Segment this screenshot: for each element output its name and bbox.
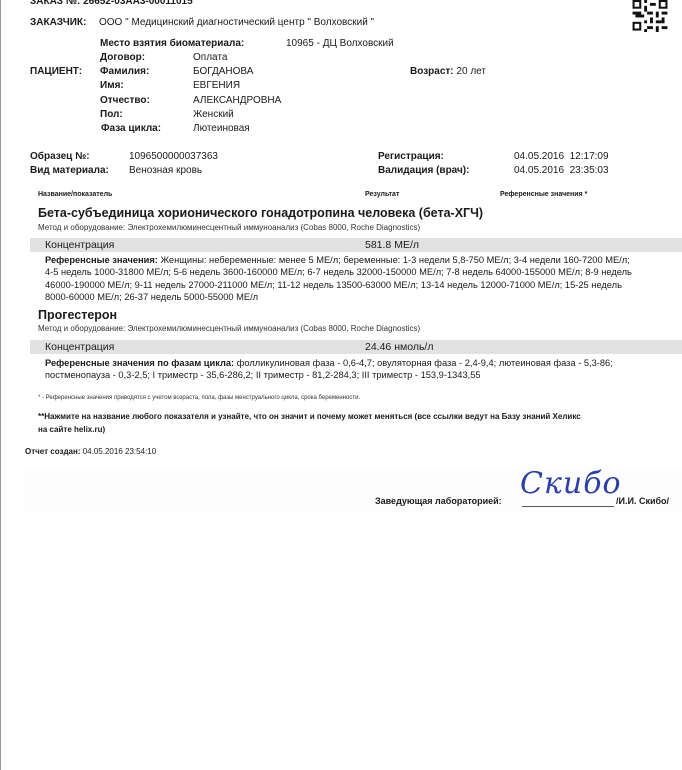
order-label: ЗАКАЗ №:	[30, 0, 80, 7]
parameter-label: Концентрация	[45, 239, 114, 251]
helix-note-link[interactable]: на сайте helix.ru)	[38, 425, 105, 434]
sample-number-value: 1096500000037363	[129, 151, 218, 162]
age-label: Возраст:	[410, 66, 454, 77]
signature-handwriting: Скибо	[520, 466, 622, 501]
parameter-label: Концентрация	[45, 341, 114, 353]
report-created-value: 04.05.2016 23:54:10	[83, 447, 156, 456]
name-value: ЕВГЕНИЯ	[193, 80, 240, 91]
result-value: 581.8 МЕ/л	[365, 239, 419, 251]
report-created-label: Отчет создан:	[25, 447, 81, 456]
test-title-link[interactable]: Прогестерон	[38, 308, 117, 322]
customer-value: ООО " Медицинский диагностический центр …	[99, 17, 374, 28]
qr-code-icon	[632, 0, 668, 32]
column-header-result: Результат	[365, 191, 399, 198]
test-method: Метод и оборудование: Электрохемилюминес…	[38, 223, 420, 232]
cycle-phase-value: Лютеиновая	[193, 123, 250, 134]
patronymic-label: Отчество:	[100, 95, 150, 106]
signature-line	[522, 506, 614, 507]
test-title-link[interactable]: Бета-субъединица хорионического гонадотр…	[38, 206, 483, 220]
reference-values: Референсные значения: Женщины: неберемен…	[45, 254, 635, 303]
age-field: Возраст: 20 лет	[410, 66, 486, 77]
sex-value: Женский	[193, 109, 234, 120]
registration-value: 04.05.2016 12:17:09	[514, 151, 609, 162]
reference-label: Референсные значения по фазам цикла:	[45, 358, 234, 368]
column-header-reference: Референсные значения *	[500, 191, 587, 198]
registration-label: Регистрация:	[378, 151, 444, 162]
result-value: 24.46 нмоль/л	[365, 341, 433, 353]
page-left-border	[0, 0, 1, 770]
footnote: * - Референсные значения приводятся с уч…	[38, 395, 360, 401]
customer-label: ЗАКАЗЧИК:	[30, 17, 86, 28]
age-value: 20 лет	[456, 66, 486, 77]
reference-values: Референсные значения по фазам цикла: фол…	[45, 357, 635, 382]
signatory-name: /И.И. Скибо/	[616, 496, 669, 506]
material-label: Вид материала:	[30, 165, 109, 176]
surname-value: БОГДАНОВА	[193, 66, 253, 77]
name-label: Имя:	[100, 80, 124, 91]
validation-label: Валидация (врач):	[378, 165, 469, 176]
material-value: Венозная кровь	[129, 165, 202, 176]
test-method: Метод и оборудование: Электрохемилюминес…	[38, 324, 420, 333]
sample-number-label: Образец №:	[30, 151, 90, 162]
order-number: 26652-03АА3-00011015	[83, 0, 193, 7]
order-number-line: ЗАКАЗ №: 26652-03АА3-00011015	[30, 0, 193, 7]
patronymic-value: АЛЕКСАНДРОВНА	[193, 95, 281, 106]
validation-value: 04.05.2016 23:35:03	[514, 165, 609, 176]
cycle-phase-label: Фаза цикла:	[101, 123, 161, 134]
result-row	[30, 238, 682, 252]
contract-value: Оплата	[193, 52, 227, 63]
result-row	[30, 340, 682, 354]
helix-note: **Нажмите на название любого показателя …	[38, 412, 581, 421]
surname-label: Фамилия:	[100, 66, 149, 77]
signature-label: Заведующая лабораторией:	[375, 496, 502, 506]
reference-label: Референсные значения:	[45, 255, 158, 265]
sex-label: Пол:	[100, 109, 123, 120]
column-header-name: Название/показатель	[38, 191, 112, 198]
patient-section-label: ПАЦИЕНТ:	[30, 66, 82, 77]
contract-label: Договор:	[100, 52, 145, 63]
collection-site-label: Место взятия биоматериала:	[100, 38, 244, 49]
report-created: Отчет создан: 04.05.2016 23:54:10	[25, 447, 156, 456]
collection-site-value: 10965 - ДЦ Волховский	[286, 38, 394, 49]
